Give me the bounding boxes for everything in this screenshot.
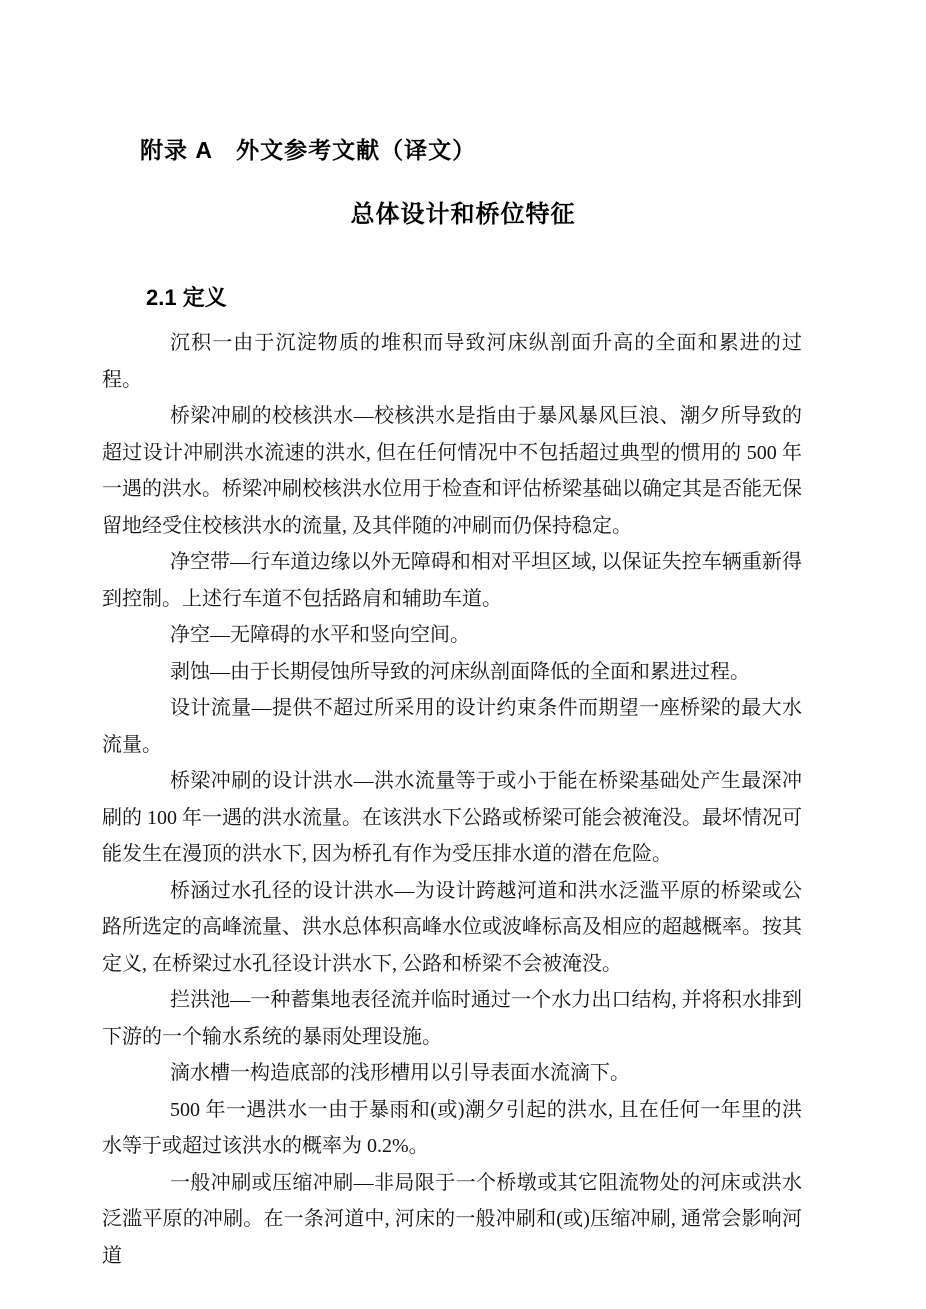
paragraph: 桥梁冲刷的设计洪水—洪水流量等于或小于能在桥梁基础处产生最深冲刷的 100 年一… — [102, 763, 802, 873]
body-text: 沉积一由于沉淀物质的堆积而导致河床纵剖面升高的全面和累进的过程。桥梁冲刷的校核洪… — [102, 325, 802, 1274]
paragraph: 设计流量—提供不超过所采用的设计约束条件而期望一座桥梁的最大水流量。 — [102, 690, 802, 763]
paragraph: 拦洪池—一种蓄集地表径流并临时通过一个水力出口结构, 并将积水排到下游的一个输水… — [102, 982, 802, 1055]
paragraph: 净空—无障碍的水平和竖向空间。 — [102, 617, 802, 654]
paragraph: 桥涵过水孔径的设计洪水—为设计跨越河道和洪水泛滥平原的桥梁或公路所选定的高峰流量… — [102, 873, 802, 983]
paragraph: 净空带—行车道边缘以外无障碍和相对平坦区域, 以保证失控车辆重新得到控制。上述行… — [102, 544, 802, 617]
paragraph: 一般冲刷或压缩冲刷—非局限于一个桥墩或其它阻流物处的河床或洪水泛滥平原的冲刷。在… — [102, 1165, 802, 1275]
document-page: 附录 A 外文参考文献（译文） 总体设计和桥位特征 2.1 定义 沉积一由于沉淀… — [0, 0, 926, 1309]
paragraph: 500 年一遇洪水一由于暴雨和(或)潮夕引起的洪水, 且在任何一年里的洪水等于或… — [102, 1092, 802, 1165]
document-title: 总体设计和桥位特征 — [0, 198, 926, 232]
section-heading: 2.1 定义 — [146, 283, 926, 313]
paragraph: 滴水槽一构造底部的浅形槽用以引导表面水流滴下。 — [102, 1055, 802, 1092]
paragraph: 剥蚀—由于长期侵蚀所导致的河床纵剖面降低的全面和累进过程。 — [102, 654, 802, 691]
paragraph: 桥梁冲刷的校核洪水—校核洪水是指由于暴风暴风巨浪、潮夕所导致的超过设计冲刷洪水流… — [102, 398, 802, 544]
paragraph: 沉积一由于沉淀物质的堆积而导致河床纵剖面升高的全面和累进的过程。 — [102, 325, 802, 398]
appendix-heading: 附录 A 外文参考文献（译文） — [140, 134, 926, 166]
